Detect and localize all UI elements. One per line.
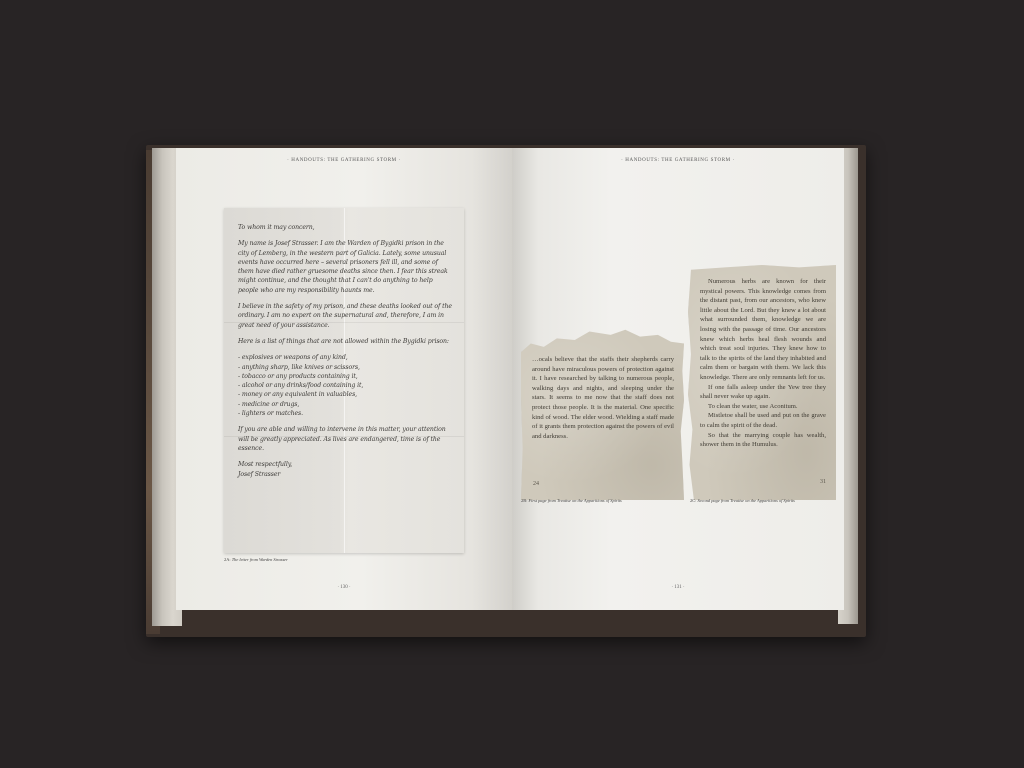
letter-salutation: To whom it may concern, — [238, 223, 453, 232]
fragment-page-number: 24 — [533, 480, 539, 490]
letter-paragraph: My name is Josef Strasser. I am the Ward… — [238, 239, 453, 295]
caption-2c: 2C: Second page from Treatise on the App… — [690, 498, 795, 503]
fragment-paragraph: Numerous herbs are known for their mysti… — [700, 277, 826, 383]
caption-2a: 2A: The letter from Warden Strasser — [224, 557, 288, 562]
page-number-right: · 131 · — [512, 585, 844, 590]
forbidden-items-list: - explosives or weapons of any kind, - a… — [238, 353, 453, 418]
page-number-left: · 130 · — [176, 585, 512, 590]
running-head-left: · HANDOUTS: THE GATHERING STORM · — [176, 158, 512, 163]
list-item: - tobacco or any products containing it, — [238, 372, 453, 381]
caption-text: Second page from Treatise on the Apparit… — [697, 498, 794, 503]
fragment-paragraph: Mistletoe shall be used and put on the g… — [700, 411, 826, 430]
list-item: - anything sharp, like knives or scissor… — [238, 363, 453, 372]
letter-closing: Most respectfully, — [238, 460, 453, 469]
torn-page-fragment-first: …ocals believe that the staffs their she… — [521, 328, 684, 500]
list-item: - explosives or weapons of any kind, — [238, 353, 453, 362]
list-item: - alcohol or any drinks/food containing … — [238, 381, 453, 390]
fragment-page-number: 31 — [820, 478, 826, 488]
fragment-text: Numerous herbs are known for their mysti… — [700, 277, 826, 450]
torn-page-fragment-second: Numerous herbs are known for their mysti… — [688, 265, 836, 500]
right-page: · HANDOUTS: THE GATHERING STORM · …ocals… — [512, 148, 844, 610]
running-head-right: · HANDOUTS: THE GATHERING STORM · — [512, 158, 844, 163]
letter-paragraph: Here is a list of things that are not al… — [238, 337, 453, 346]
list-item: - money or any equivalent in valuables, — [238, 390, 453, 399]
caption-2b: 2B: First page from Treatise on the Appa… — [521, 498, 622, 503]
fragment-text: …ocals believe that the staffs their she… — [532, 355, 674, 441]
warden-letter: To whom it may concern, My name is Josef… — [224, 208, 464, 553]
letter-body: To whom it may concern, My name is Josef… — [238, 223, 453, 479]
caption-text: The letter from Warden Strasser — [232, 557, 288, 562]
list-item: - medicine or drugs, — [238, 400, 453, 409]
caption-number: 2A: — [224, 557, 231, 562]
letter-paragraph: I believe in the safety of my prison, an… — [238, 302, 453, 330]
caption-number: 2C: — [690, 498, 696, 503]
fragment-paragraph: To clean the water, use Aconitum. — [700, 402, 826, 412]
list-item: - lighters or matches. — [238, 409, 453, 418]
caption-text: First page from Treatise on the Appariti… — [528, 498, 621, 503]
fragment-paragraph: …ocals believe that the staffs their she… — [532, 355, 674, 441]
fragment-paragraph: If one falls asleep under the Yew tree t… — [700, 383, 826, 402]
letter-paragraph: If you are able and willing to intervene… — [238, 425, 453, 453]
caption-number: 2B: — [521, 498, 527, 503]
left-page: · HANDOUTS: THE GATHERING STORM · To who… — [176, 148, 512, 610]
fragment-paragraph: So that the marrying couple has wealth, … — [700, 431, 826, 450]
letter-signature: Josef Strasser — [238, 470, 453, 479]
